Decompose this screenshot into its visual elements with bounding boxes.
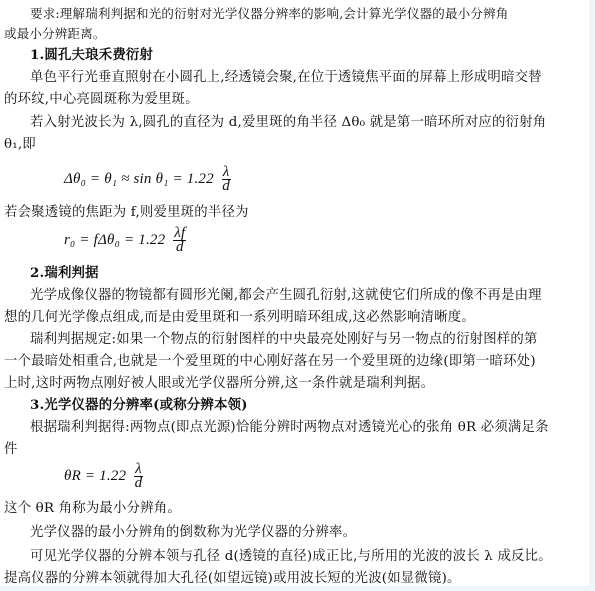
paragraph: 单色平行光垂直照射在小圆孔上,经透镜会聚,在位于透镜焦平面的屏幕上形成明暗交替 xyxy=(30,66,542,85)
section-heading-2: 2.瑞利判据 xyxy=(30,262,99,281)
paragraph-cont: θ₁,即 xyxy=(4,133,36,152)
equation-2: r₀ = fΔθ₀ = 1.22 λf d xyxy=(64,227,186,254)
paragraph-cont: 上时,这时两物点刚好被人眼或光学仪器所分辨,这一条件就是瑞利判据。 xyxy=(4,372,434,391)
fraction: λ d xyxy=(222,166,231,193)
paragraph: 可见光学仪器的分辨本领与孔径 d(透镜的直径)成正比,与所用的光波的波长 λ 成… xyxy=(30,545,552,564)
paragraph: 根据瑞利判据得:两物点(即点光源)恰能分辨时两物点对透镜光心的张角 θR 必须满… xyxy=(30,416,549,435)
section-heading-1: 1.圆孔夫琅禾费衍射 xyxy=(30,44,153,63)
paragraph-cont: 一个最暗处相重合,也就是一个爱里斑的中心刚好落在另一个爱里斑的边缘(即第一暗环处… xyxy=(4,350,536,369)
paragraph: 瑞利判据规定:如果一个物点的衍射图样的中央最亮处刚好与另一物点的衍射图样的第 xyxy=(30,328,538,347)
paragraph-cont: 想的几何光学像点组成,而是由爱里斑和一系列明暗环组成,这必然影响清晰度。 xyxy=(4,306,475,325)
equation-3: θR = 1.22 λ d xyxy=(64,463,143,490)
paragraph: 这个 θR 角称为最小分辨角。 xyxy=(4,497,181,516)
requirement-text: 要求:理解瑞利判据和光的衍射对光学仪器分辨率的影响,会计算光学仪器的最小分辨角 xyxy=(30,4,509,22)
paragraph-cont: 的环纹,中心亮圆斑称为爱里斑。 xyxy=(4,88,199,107)
paragraph: 若会聚透镜的焦距为 f,则爱里斑的半径为 xyxy=(4,201,249,220)
paragraph-cont: 件 xyxy=(4,438,18,457)
fraction: λ d xyxy=(134,463,143,490)
paragraph: 若入射光波长为 λ,圆孔的直径为 d,爱里斑的角半径 Δθ₀ 就是第一暗环所对应… xyxy=(30,111,546,130)
fraction: λf d xyxy=(173,227,186,254)
requirement-text-cont: 或最小分辨距离。 xyxy=(4,24,106,42)
paragraph: 光学成像仪器的物镜都有圆形光阑,都会产生圆孔衍射,这就使它们所成的像不再是由理 xyxy=(30,284,542,303)
paragraph-cont: 提高仪器的分辨本领就得加大孔径(如望远镜)或用波长短的光波(如显微镜)。 xyxy=(4,567,461,586)
document-page: 要求:理解瑞利判据和光的衍射对光学仪器分辨率的影响,会计算光学仪器的最小分辨角 … xyxy=(0,0,589,586)
section-heading-3: 3.光学仪器的分辨率(或称分辨本领) xyxy=(30,394,248,413)
paragraph: 光学仪器的最小分辨角的倒数称为光学仪器的分辨率。 xyxy=(30,521,356,540)
equation-1: Δθ₀ = θ₁ ≈ sin θ₁ = 1.22 λ d xyxy=(64,166,231,193)
